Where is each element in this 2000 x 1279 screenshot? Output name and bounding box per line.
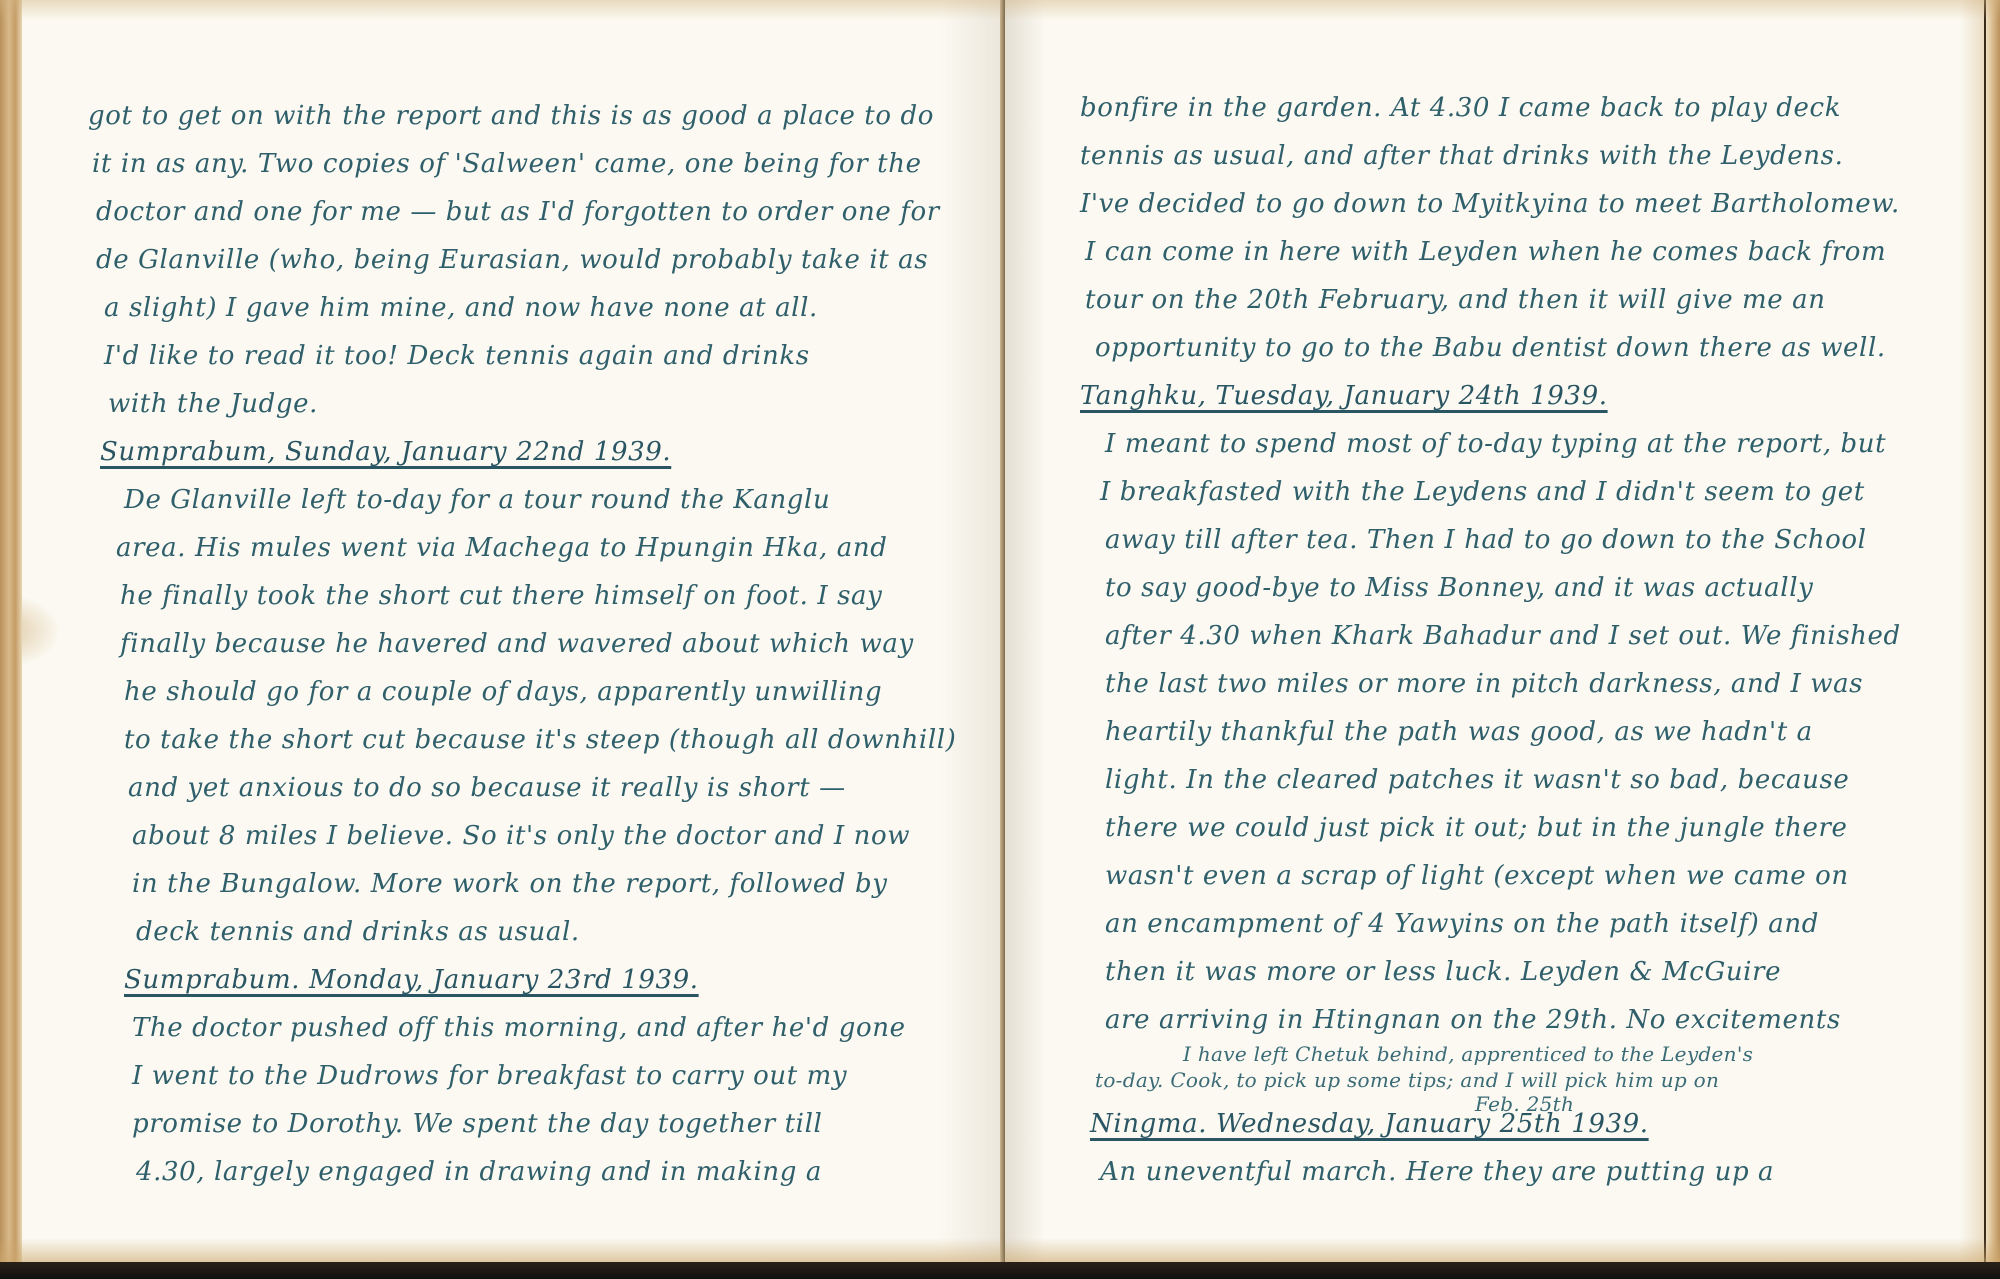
entry-heading: Sumprabum, Sunday, January 22nd 1939. bbox=[100, 436, 671, 468]
diary-line: got to get on with the report and this i… bbox=[88, 100, 934, 132]
diary-line: to take the short cut because it's steep… bbox=[124, 724, 956, 756]
diary-line: about 8 miles I believe. So it's only th… bbox=[132, 820, 910, 852]
diary-line: he finally took the short cut there hims… bbox=[120, 580, 882, 612]
diary-line: there we could just pick it out; but in … bbox=[1105, 812, 1847, 844]
diary-line: are arriving in Htingnan on the 29th. No… bbox=[1105, 1004, 1841, 1036]
diary-line: then it was more or less luck. Leyden & … bbox=[1105, 956, 1781, 988]
diary-line: opportunity to go to the Babu dentist do… bbox=[1095, 332, 1886, 364]
diary-line: doctor and one for me — but as I'd forgo… bbox=[96, 196, 940, 228]
diary-line: I breakfasted with the Leydens and I did… bbox=[1100, 476, 1865, 508]
diary-line: I went to the Dudrows for breakfast to c… bbox=[132, 1060, 847, 1092]
diary-line: to-day. Cook, to pick up some tips; and … bbox=[1095, 1064, 1719, 1096]
diary-line: he should go for a couple of days, appar… bbox=[124, 676, 882, 708]
diary-line: De Glanville left to-day for a tour roun… bbox=[124, 484, 830, 516]
diary-line: tour on the 20th February, and then it w… bbox=[1085, 284, 1826, 316]
diary-line: away till after tea. Then I had to go do… bbox=[1105, 524, 1867, 556]
page-edge-left bbox=[0, 0, 22, 1262]
entry-heading: Ningma. Wednesday, January 25th 1939. bbox=[1090, 1108, 1649, 1140]
diary-line: an encampment of 4 Yawyins on the path i… bbox=[1105, 908, 1819, 940]
diary-line: deck tennis and drinks as usual. bbox=[136, 916, 580, 948]
page-edge-right bbox=[1984, 0, 2000, 1262]
left-page: got to get on with the report and this i… bbox=[0, 0, 1005, 1262]
diary-spread: got to get on with the report and this i… bbox=[0, 0, 2000, 1262]
diary-line: 4.30, largely engaged in drawing and in … bbox=[136, 1156, 822, 1188]
diary-line: finally because he havered and wavered a… bbox=[120, 628, 914, 660]
desk-surface bbox=[0, 1262, 2000, 1279]
diary-line: it in as any. Two copies of 'Salween' ca… bbox=[92, 148, 922, 180]
diary-line: I've decided to go down to Myitkyina to … bbox=[1080, 188, 1900, 220]
diary-line: The doctor pushed off this morning, and … bbox=[132, 1012, 906, 1044]
diary-line: bonfire in the garden. At 4.30 I came ba… bbox=[1080, 92, 1841, 124]
diary-line: de Glanville (who, being Eurasian, would… bbox=[96, 244, 928, 276]
diary-line: to say good-bye to Miss Bonney, and it w… bbox=[1105, 572, 1813, 604]
diary-line: after 4.30 when Khark Bahadur and I set … bbox=[1105, 620, 1901, 652]
diary-line: with the Judge. bbox=[108, 388, 318, 420]
diary-line: wasn't even a scrap of light (except whe… bbox=[1105, 860, 1849, 892]
diary-line: the last two miles or more in pitch dark… bbox=[1105, 668, 1863, 700]
diary-line: I can come in here with Leyden when he c… bbox=[1085, 236, 1886, 268]
diary-line: I meant to spend most of to-day typing a… bbox=[1105, 428, 1886, 460]
diary-line: area. His mules went via Machega to Hpun… bbox=[116, 532, 887, 564]
diary-line: An uneventful march. Here they are putti… bbox=[1100, 1156, 1774, 1188]
diary-line: light. In the cleared patches it wasn't … bbox=[1105, 764, 1849, 796]
diary-line: and yet anxious to do so because it real… bbox=[128, 772, 846, 804]
entry-heading: Tanghku, Tuesday, January 24th 1939. bbox=[1080, 380, 1608, 412]
diary-line: a slight) I gave him mine, and now have … bbox=[104, 292, 818, 324]
diary-line: in the Bungalow. More work on the report… bbox=[132, 868, 888, 900]
diary-line: I'd like to read it too! Deck tennis aga… bbox=[104, 340, 810, 372]
diary-line: heartily thankful the path was good, as … bbox=[1105, 716, 1813, 748]
entry-heading: Sumprabum. Monday, January 23rd 1939. bbox=[124, 964, 699, 996]
diary-line: tennis as usual, and after that drinks w… bbox=[1080, 140, 1843, 172]
right-page: bonfire in the garden. At 4.30 I came ba… bbox=[1005, 0, 2000, 1262]
diary-line: promise to Dorothy. We spent the day tog… bbox=[132, 1108, 822, 1140]
